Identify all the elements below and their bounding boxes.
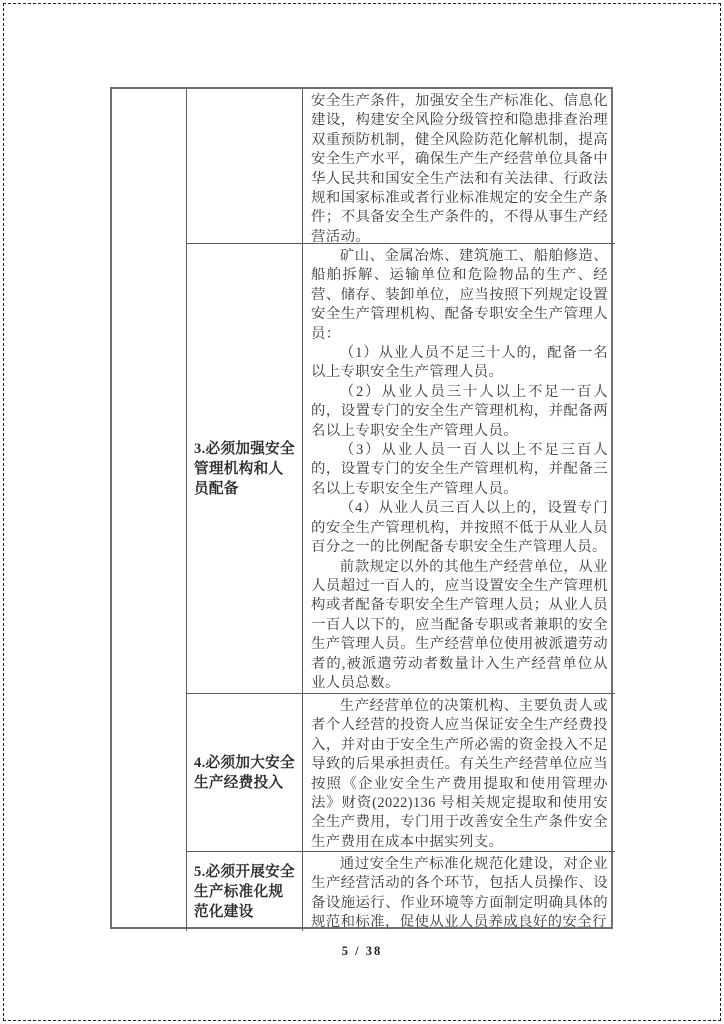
paragraph: 前款规定以外的其他生产经营单位，从业人员超过一百人的，应当设置安全生产管理机构或… <box>311 558 608 694</box>
measure-label-text: 4.必须加大安全生产经费投入 <box>194 753 298 793</box>
measure-label-cell <box>186 89 302 244</box>
measure-content-cell: 生产经营单位的决策机构、主要负责人或者个人经营的投资人应当保证安全生产经费投入，… <box>302 694 615 852</box>
paragraph: （1）从业人员不足三十人的，配备一名以上专职安全生产管理人员。 <box>311 344 608 383</box>
paragraph: 通过安全生产标准化规范化建设，对企业生产经营活动的各个环节，包括人员操作、设备设… <box>311 855 608 931</box>
measure-label-cell: 4.必须加大安全生产经费投入 <box>186 694 302 852</box>
paragraph: 矿山、金属冶炼、建筑施工、船舶修造、船舶拆解、运输单位和危险物品的生产、经营、储… <box>311 247 608 344</box>
paragraph: （2）从业人员三十人以上不足一百人的，设置专门的安全生产管理机构，并配备两名以上… <box>311 383 608 441</box>
measure-label-cell: 5.必须开展安全生产标准化规范化建设 <box>186 852 302 931</box>
measure-label-text: 5.必须开展安全生产标准化规范化建设 <box>194 862 298 922</box>
measure-label-text: 3.必须加强安全管理机构和人员配备 <box>194 439 298 499</box>
safety-measures-table: 安全生产条件，加强安全生产标准化、信息化建设，构建安全风险分级管控和隐患排查治理… <box>110 87 613 929</box>
measure-content-cell: 安全生产条件，加强安全生产标准化、信息化建设，构建安全风险分级管控和隐患排查治理… <box>302 89 615 244</box>
measure-content-cell: 矿山、金属冶炼、建筑施工、船舶修造、船舶拆解、运输单位和危险物品的生产、经营、储… <box>302 244 615 694</box>
paragraph: 安全生产条件，加强安全生产标准化、信息化建设，构建安全风险分级管控和隐患排查治理… <box>311 92 608 244</box>
left-spanning-cell <box>112 89 186 931</box>
measure-content-cell: 通过安全生产标准化规范化建设，对企业生产经营活动的各个环节，包括人员操作、设备设… <box>302 852 615 931</box>
page-number: 5 / 38 <box>0 944 724 959</box>
document-page: 安全生产条件，加强安全生产标准化、信息化建设，构建安全风险分级管控和隐患排查治理… <box>0 0 724 1024</box>
measure-label-cell: 3.必须加强安全管理机构和人员配备 <box>186 244 302 694</box>
paragraph: （4）从业人员三百人以上的，设置专门的安全生产管理机构，并按照不低于从业人员百分… <box>311 499 608 557</box>
paragraph: 生产经营单位的决策机构、主要负责人或者个人经营的投资人应当保证安全生产经费投入，… <box>311 697 608 852</box>
paragraph: （3）从业人员一百人以上不足三百人的，设置专门的安全生产管理机构，并配备三名以上… <box>311 441 608 499</box>
